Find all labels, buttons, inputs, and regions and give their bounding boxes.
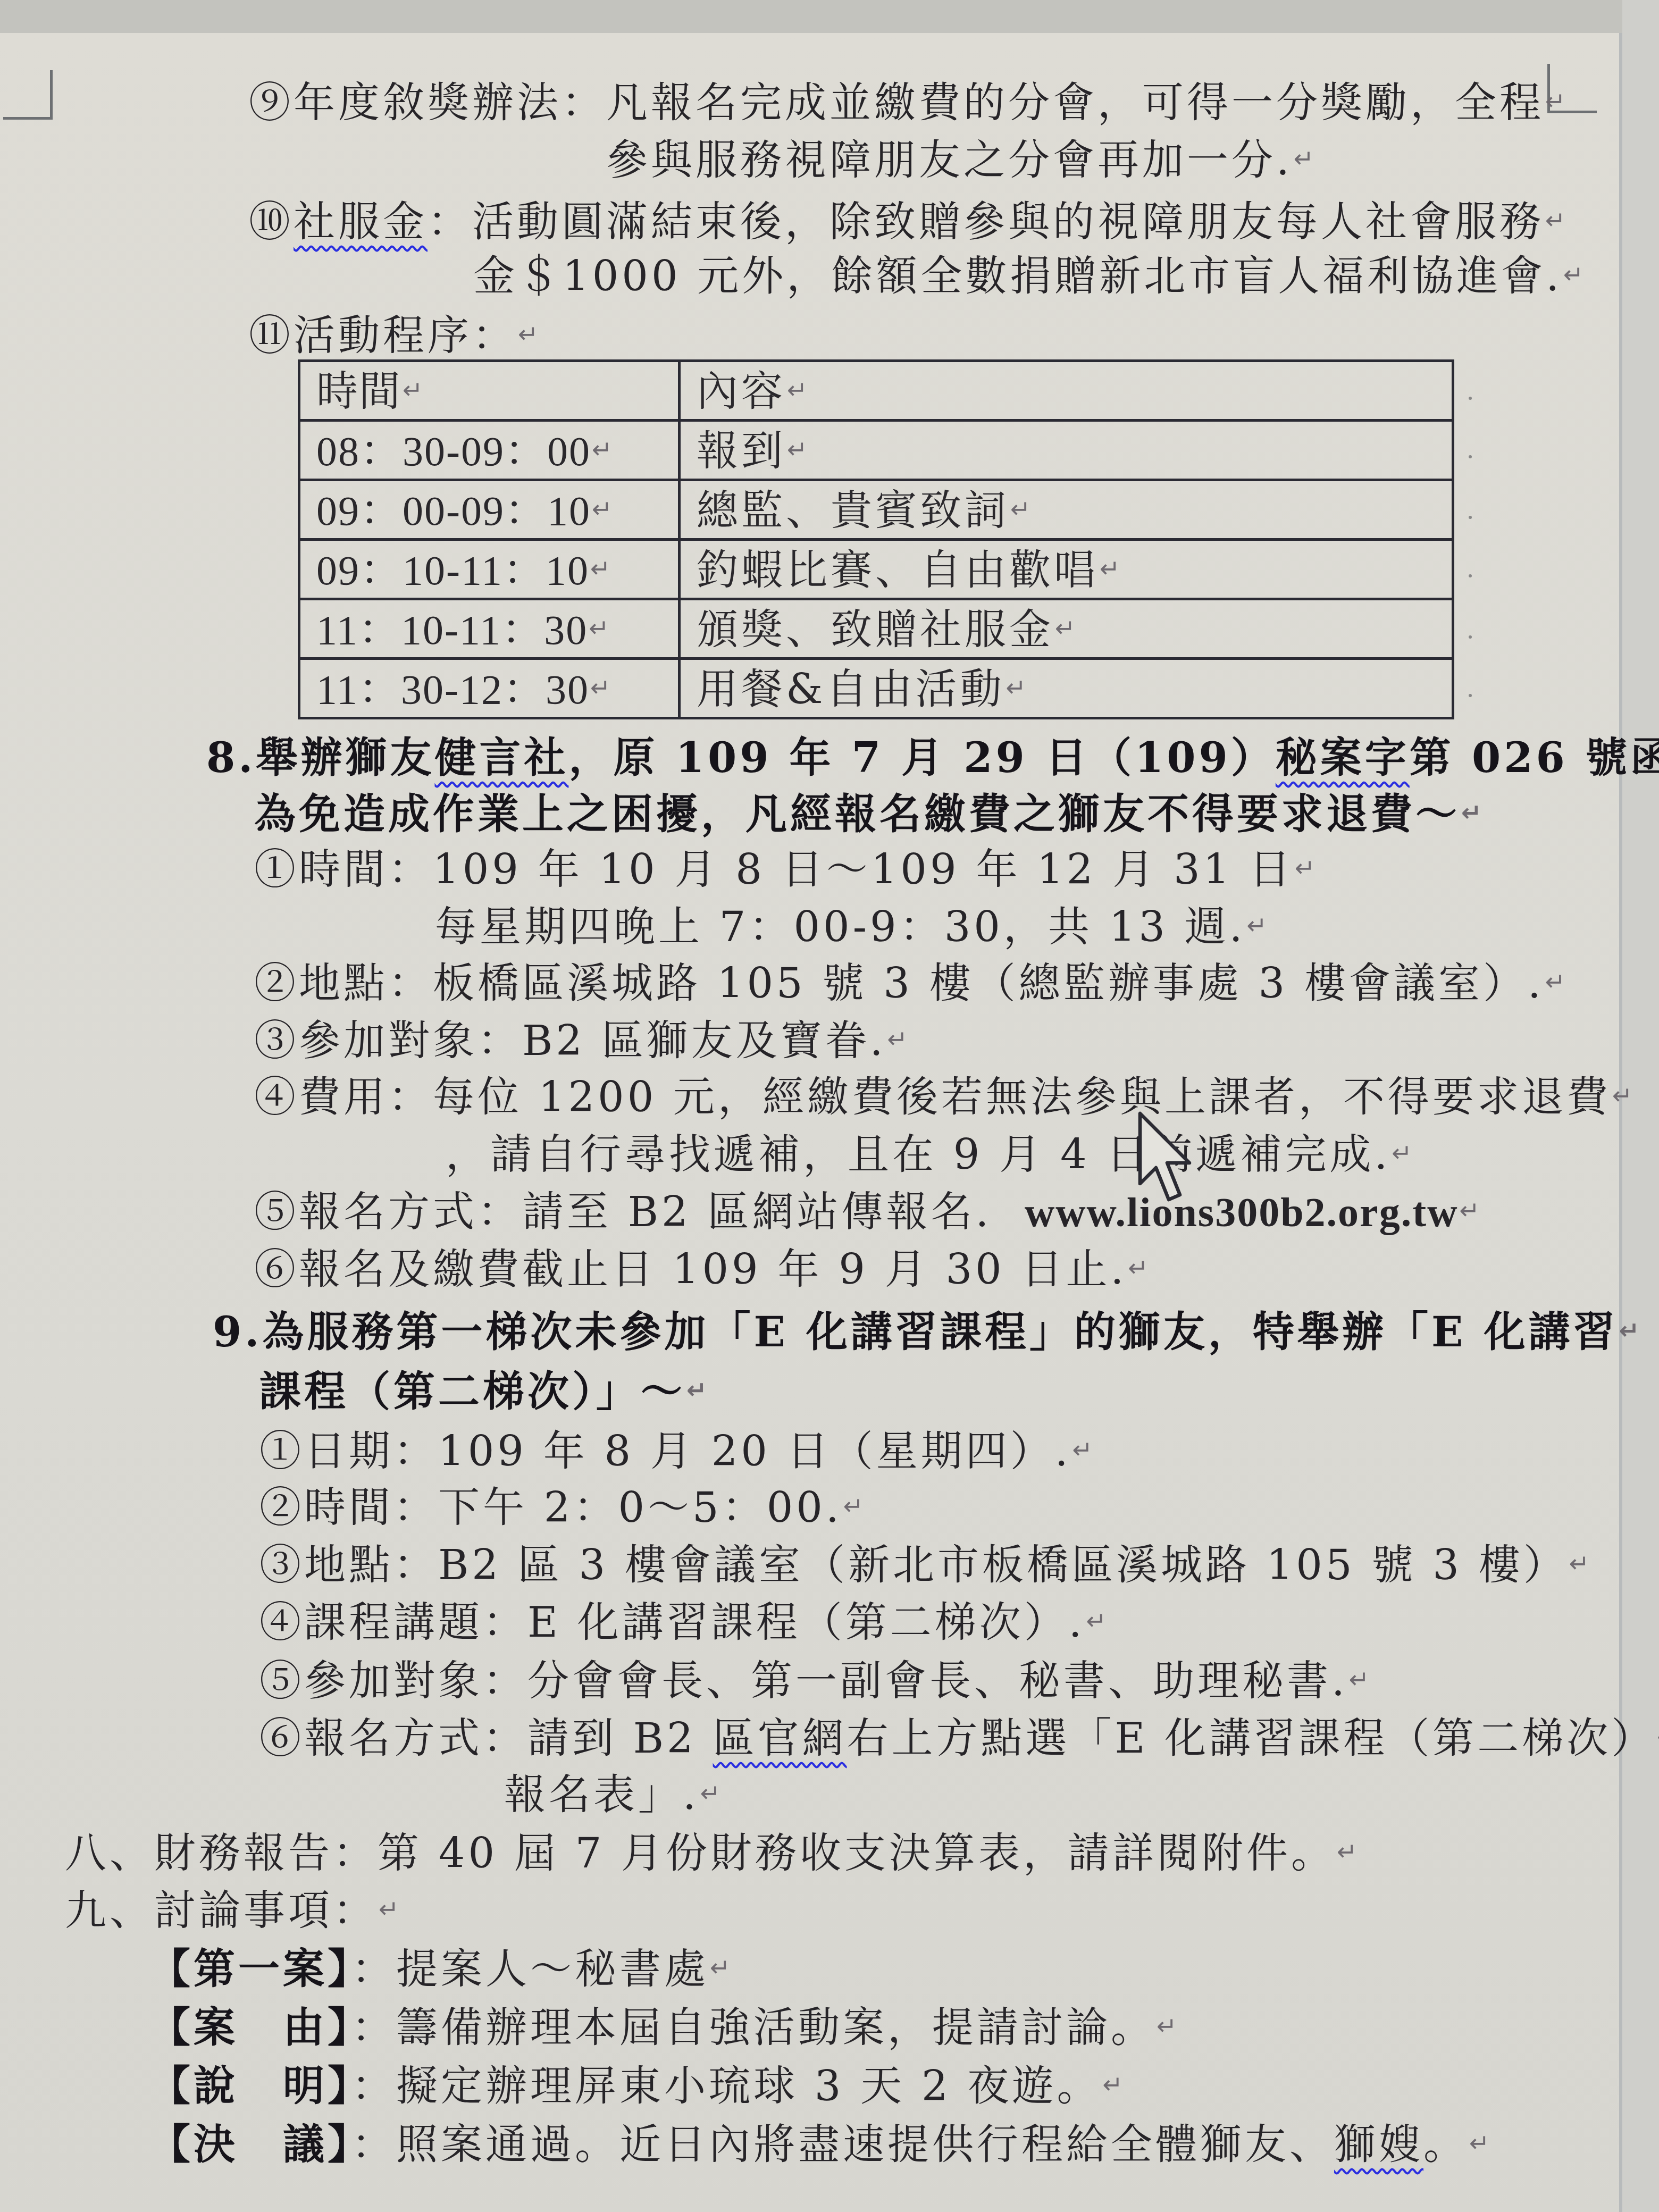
paragraph-mark-icon: ↵ [1392,1138,1415,1167]
table-cell-time[interactable]: 08：30-09：00↵ [299,421,680,480]
case-proposer: 【第一案】：提案人～秘書處↵ [149,1941,734,1996]
mouse-cursor-icon [1137,1110,1201,1206]
grammar-flagged-term: 健言社 [434,734,568,782]
section9-point-time: ②時間：下午 2：0～5：00.↵ [259,1479,867,1535]
discussion-heading: 九、討論事項：↵ [65,1882,403,1938]
cell-mark-icon: ↵ [1100,554,1124,583]
section8-point-time: ①時間：109 年 10 月 8 日～109 年 12 月 31 日↵ [254,841,1319,896]
paragraph-mark-icon: ↵ [1612,1081,1636,1110]
section9-point-topic: ④課程講題：E 化講習課程（第二梯次）.↵ [259,1594,1110,1649]
paragraph-mark-icon: ↵ [1294,144,1318,173]
section9-point-date: ①日期：109 年 8 月 20 日（星期四）.↵ [259,1423,1096,1478]
table-cell-content[interactable]: 總監、貴賓致詞↵ [680,480,1453,540]
paragraph-mark-icon: ↵ [1545,967,1569,996]
cell-mark-icon: ↵ [1010,495,1034,523]
row-end-mark [1469,635,1472,639]
item9-text: 凡報名完成並繳費的分會，可得一分獎勵，全程 [606,79,1544,127]
cell-mark-icon: ↵ [787,435,811,464]
paragraph-mark-icon: ↵ [1349,1665,1373,1694]
paragraph-mark-icon: ↵ [518,320,542,348]
paragraph-mark-icon: ↵ [700,1779,724,1807]
grammar-flagged-term: 區官網 [713,1715,847,1763]
table-row: 11：10-11：30↵ 頒獎、致贈社服金↵ [299,599,1453,659]
row-end-mark [1469,516,1472,519]
section9-point-registration: ⑥報名方式：請到 B2 區官網右上方點選「E 化講習課程（第二梯次）↵ [259,1710,1659,1765]
paragraph-mark-icon: ↵ [843,1492,867,1520]
paragraph-mark-icon: ↵ [1247,911,1271,940]
paragraph-mark-icon: ↵ [1337,1837,1361,1866]
section9-heading-line1: 9.為服務第一梯次未參加「E 化講習課程」的獅友，特舉辦「E 化講習↵ [213,1304,1643,1359]
section9-heading-line2: 課程（第二梯次）」～↵ [259,1363,710,1419]
cell-mark-icon: ↵ [1055,614,1079,642]
table-row: 08：30-09：00↵ 報到↵ [299,421,1453,480]
paragraph-mark-icon: ↵ [1157,2012,1180,2040]
section8-heading-line1: 8.舉辦獅友健言社，原 109 年 7 月 29 日（109）秘案字第 026 … [206,730,1659,785]
paragraph-mark-icon: ↵ [1563,260,1587,289]
item9-label: ⑨年度敘獎辦法： [249,79,606,127]
table-cell-time[interactable]: 11：30-12：30↵ [299,659,680,718]
monitor-screen: ⑨年度敘獎辦法：凡報名完成並繳費的分會，可得一分獎勵，全程↵ 參與服務視障朋友之… [0,0,1659,2212]
registration-url-link[interactable]: www.lions300b2.org.tw [1025,1189,1459,1235]
paragraph-mark-icon: ↵ [1657,1722,1659,1751]
section8-point-deadline: ⑥報名及繳費截止日 109 年 9 月 30 日止.↵ [254,1241,1152,1296]
section9-point-location: ③地點：B2 區 3 樓會議室（新北市板橋區溪城路 105 號 3 樓）↵ [259,1537,1593,1592]
item9-line1: ⑨年度敘獎辦法：凡報名完成並繳費的分會，可得一分獎勵，全程↵ [249,74,1569,130]
item11-label: ⑪活動程序：↵ [249,307,542,363]
table-cell-content[interactable]: 釣蝦比賽、自由歡唱↵ [680,540,1453,599]
section8-point-location: ②地點：板橋區溪城路 105 號 3 樓（總監辦事處 3 樓會議室）.↵ [254,955,1569,1010]
schedule-table[interactable]: 時間↵ 內容↵ 08：30-09：00↵ 報到↵ 09：00-09：10↵ 總監… [298,359,1454,719]
paragraph-mark-icon: ↵ [1460,1196,1484,1225]
paragraph-mark-icon: ↵ [710,1953,734,1982]
paragraph-mark-icon: ↵ [1545,206,1569,234]
table-cell-content[interactable]: 報到↵ [680,421,1453,480]
paragraph-mark-icon: ↵ [1086,1606,1110,1635]
item9-line2: 參與服務視障朋友之分會再加一分.↵ [606,132,1317,187]
cell-mark-icon: ↵ [403,375,424,404]
row-end-mark [1469,397,1472,400]
cell-mark-icon: ↵ [592,495,614,523]
paragraph-mark-icon: ↵ [379,1895,403,1923]
row-end-mark [1469,455,1472,458]
item10-line1: ⑩社服金：活動圓滿結束後，除致贈參與的視障朋友每人社會服務↵ [249,194,1569,249]
section9-point-participants: ⑤參加對象：分會會長、第一副會長、秘書、助理秘書.↵ [259,1653,1372,1708]
table-header-cell[interactable]: 內容↵ [680,361,1453,421]
paragraph-mark-icon: ↵ [1461,798,1485,827]
table-cell-time[interactable]: 09：10-11：10↵ [299,540,680,599]
grammar-flagged-term: 獅嫂 [1334,2121,1423,2169]
cell-mark-icon: ↵ [590,554,612,583]
table-cell-content[interactable]: 用餐&自由活動↵ [680,659,1453,718]
cell-mark-icon: ↵ [590,673,612,702]
paragraph-mark-icon: ↵ [1545,87,1569,115]
grammar-flagged-term: 社服金 [294,198,428,246]
paragraph-mark-icon: ↵ [1619,1316,1643,1345]
cell-mark-icon: ↵ [1006,673,1029,702]
paragraph-mark-icon: ↵ [887,1025,911,1053]
cell-mark-icon: ↵ [592,435,614,464]
financial-report-line: 八、財務報告：第 40 屆 7 月份財務收支決算表，請詳閱附件。↵ [65,1825,1361,1880]
cell-mark-icon: ↵ [589,614,610,642]
section8-point-participants: ③參加對象：B2 區獅友及寶眷.↵ [254,1012,911,1068]
paragraph-mark-icon: ↵ [1569,1549,1593,1578]
ruler-strip [0,0,1659,37]
case-reason: 【案 由】：籌備辦理本屆自強活動案，提請討論。↵ [149,1999,1180,2055]
table-row: 09：00-09：10↵ 總監、貴賓致詞↵ [299,480,1453,540]
item10-line2: 金＄1000 元外，餘額全數捐贈新北市盲人福利協進會.↵ [473,248,1587,303]
table-cell-time[interactable]: 11：10-11：30↵ [299,599,680,659]
paragraph-mark-icon: ↵ [1469,2129,1493,2157]
margin-corner-mark-top-left [3,70,53,120]
section8-point-time-detail: 每星期四晚上 7：00-9：30，共 13 週.↵ [435,899,1270,954]
section8-point-fee: ④費用：每位 1200 元，經繳費後若無法參與上課者，不得要求退費↵ [254,1069,1636,1124]
paragraph-mark-icon: ↵ [686,1376,710,1404]
table-header-row: 時間↵ 內容↵ [299,361,1453,421]
paragraph-mark-icon: ↵ [1128,1253,1152,1282]
paragraph-mark-icon: ↵ [1073,1435,1096,1464]
section8-point-fee-detail: ，請自行尋找遞補，且在 9 月 4 日前遞補完成.↵ [446,1126,1415,1182]
section8-heading-line2: 為免造成作業上之困擾，凡經報名繳費之獅友不得要求退費～↵ [254,786,1485,841]
paragraph-mark-icon: ↵ [1295,853,1319,882]
grammar-flagged-term: 秘案字 [1276,734,1410,782]
table-cell-time[interactable]: 09：00-09：10↵ [299,480,680,540]
row-end-mark [1469,694,1472,697]
table-cell-content[interactable]: 頒獎、致贈社服金↵ [680,599,1453,659]
table-row: 11：30-12：30↵ 用餐&自由活動↵ [299,659,1453,718]
section9-point-registration-cont: 報名表」.↵ [504,1766,724,1822]
section8-point-registration: ⑤報名方式：請至 B2 區網站傳報名. www.lions300b2.org.t… [254,1184,1483,1239]
case-resolution: 【決 議】：照案通過。近日內將盡速提供行程給全體獅友、獅嫂。↵ [149,2116,1493,2172]
table-row: 09：10-11：10↵ 釣蝦比賽、自由歡唱↵ [299,540,1453,599]
table-header-cell[interactable]: 時間↵ [299,361,680,421]
cell-mark-icon: ↵ [787,375,811,404]
row-end-mark [1469,574,1472,577]
paragraph-mark-icon: ↵ [1102,2070,1126,2099]
case-description: 【說 明】：擬定辦理屏東小琉球 3 天 2 夜遊。↵ [149,2058,1126,2113]
